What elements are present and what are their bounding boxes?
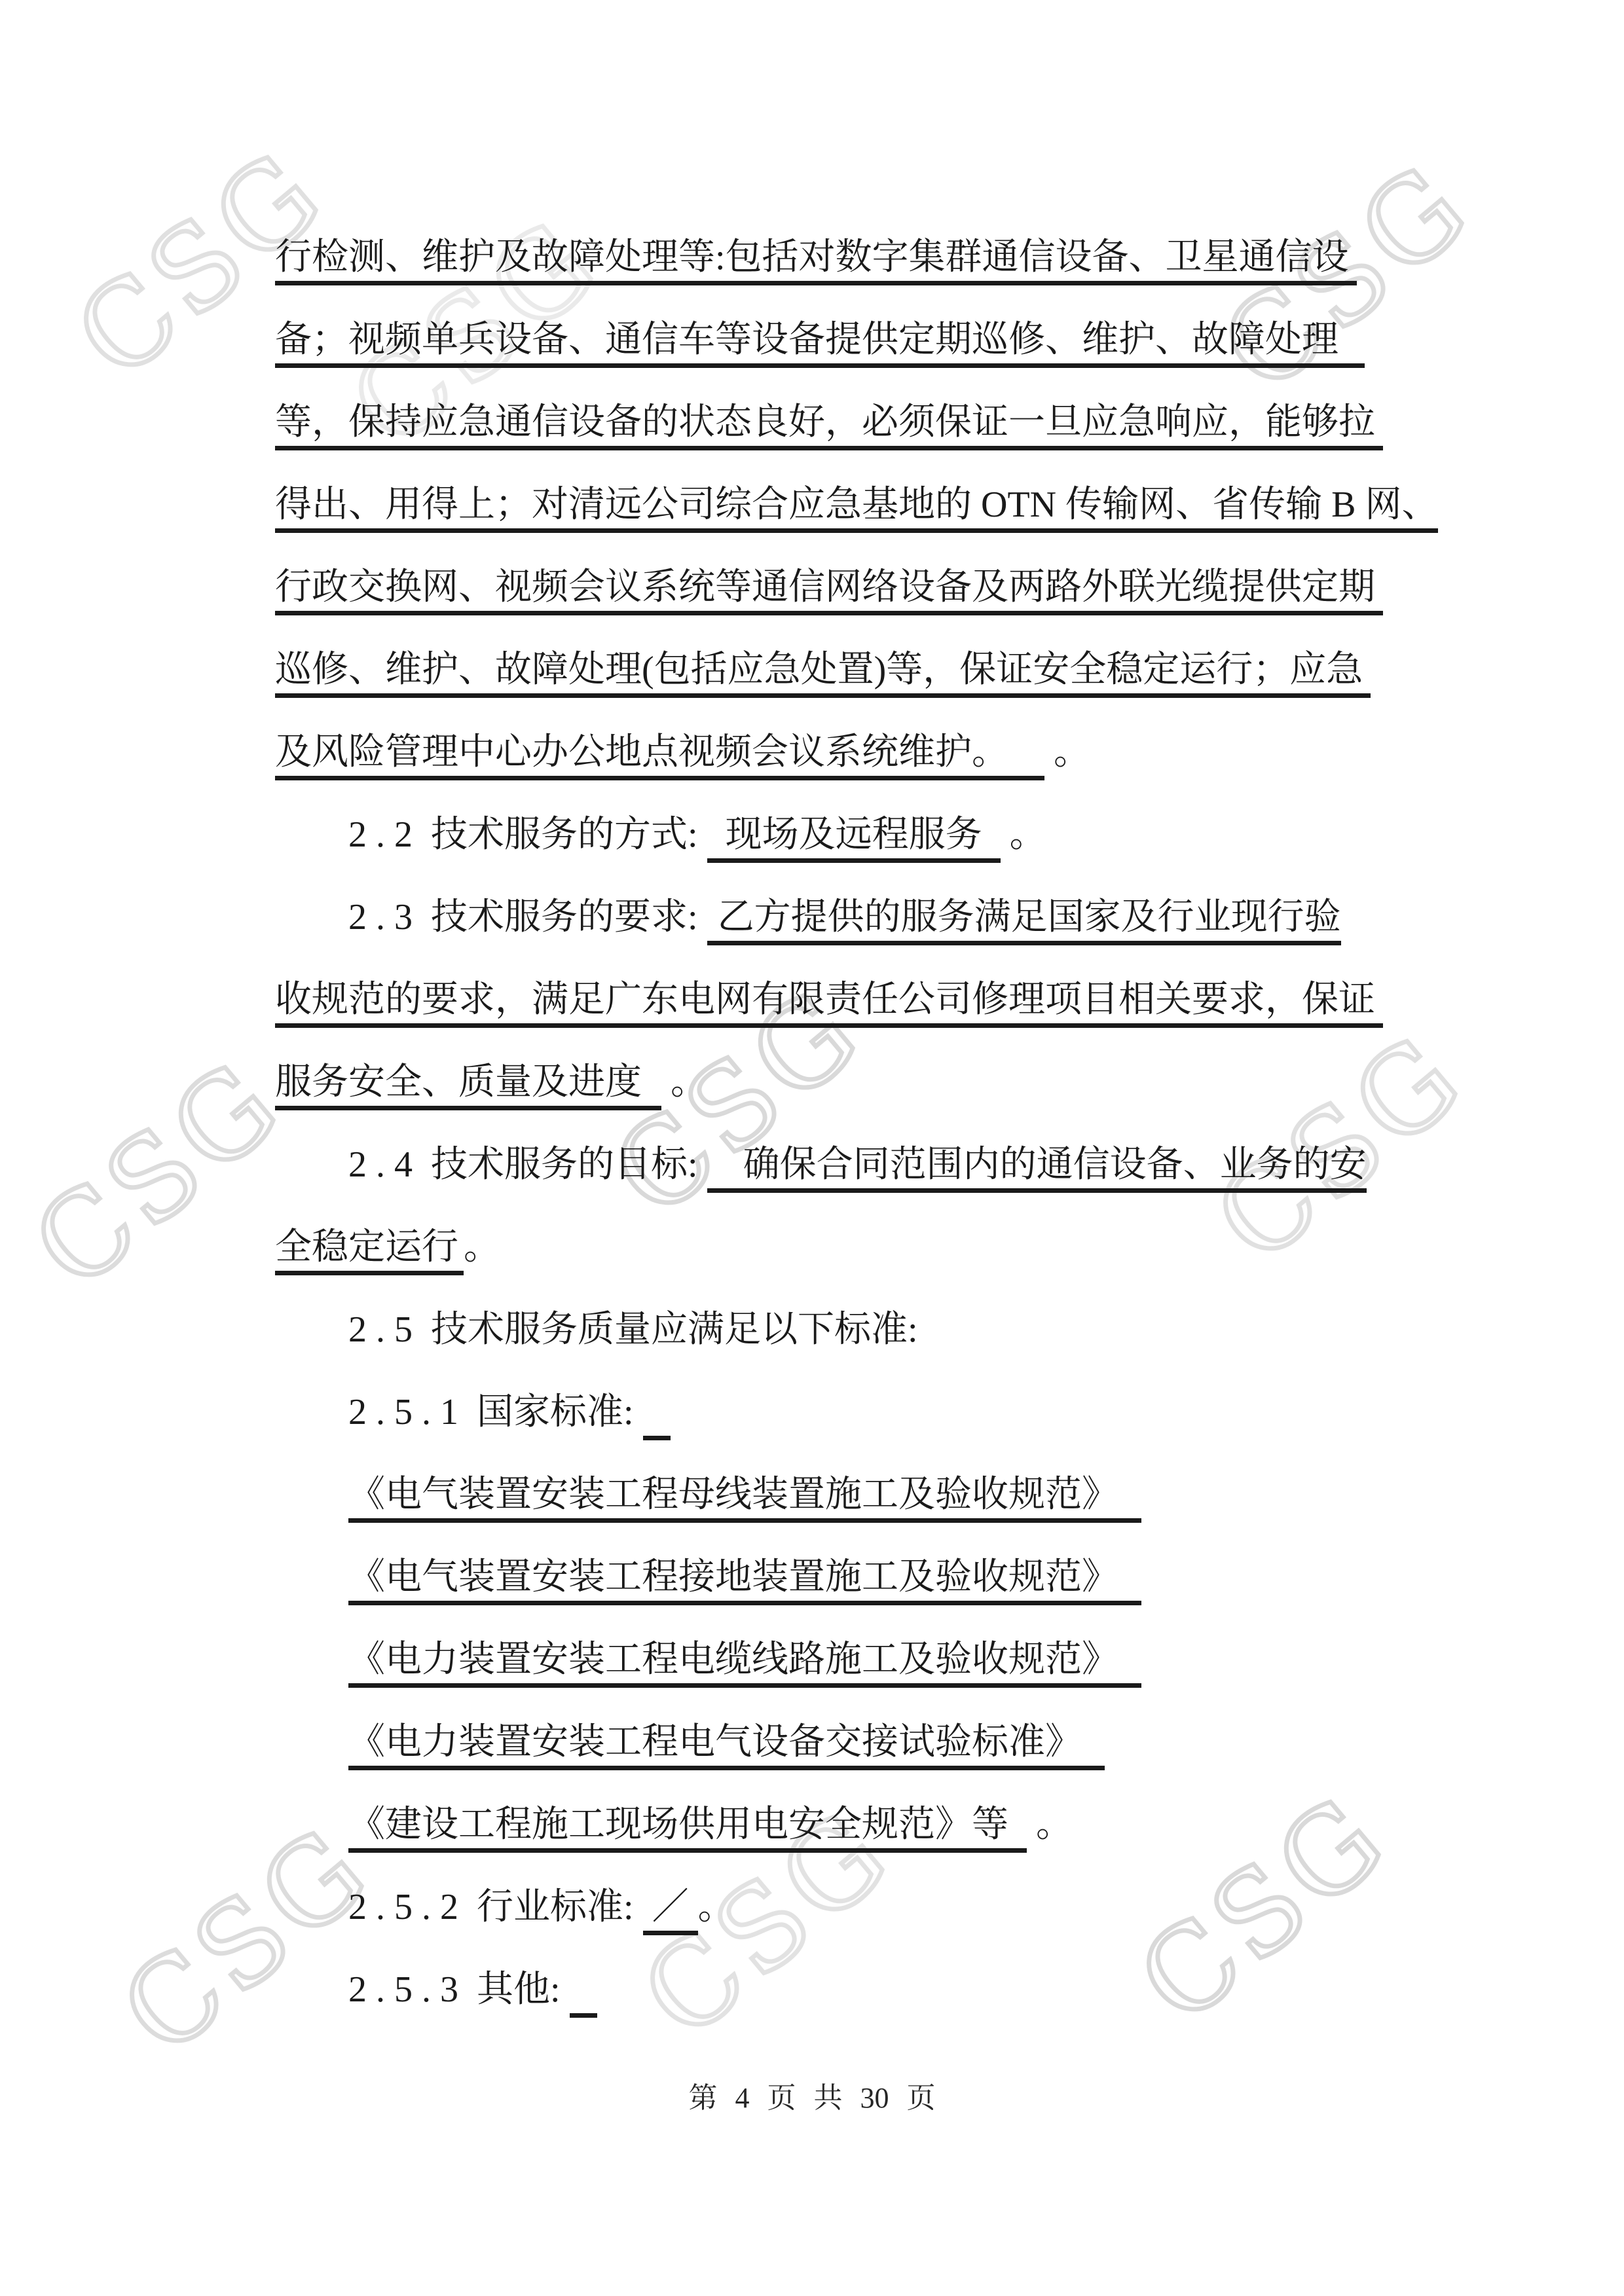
underlined-text-segment: 《电力装置安装工程电气设备交接试验标准》 — [348, 1722, 1105, 1770]
underlined-text-segment: 服务安全、质量及进度 — [275, 1062, 661, 1110]
text-line-7: 及风险管理中心办公地点视频会议系统维护。 。 — [275, 711, 1383, 793]
text-line-12: 2.4 技术服务的目标: 确保合同范围内的通信设备、业务的安 — [275, 1123, 1383, 1206]
text-segment: 2.5.2 行业标准: — [348, 1887, 643, 1927]
text-line-4: 得出、用得上；对清远公司综合应急基地的 OTN 传输网、省传输 B 网、 — [275, 464, 1383, 546]
clause-number: 2.3 — [348, 897, 422, 938]
text-line-11: 服务安全、质量及进度 。 — [275, 1041, 1383, 1123]
text-line-18: 《电力装置安装工程电缆线路施工及验收规范》 — [275, 1618, 1383, 1701]
blank-underline — [643, 1392, 671, 1440]
underlined-text-segment: 收规范的要求，满足广东电网有限责任公司修理项目相关要求，保证 — [275, 979, 1383, 1028]
underlined-text-segment: 《电气装置安装工程接地装置施工及验收规范》 — [348, 1557, 1141, 1605]
text-line-8: 2.2 技术服务的方式: 现场及远程服务 。 — [275, 793, 1383, 876]
text-line-9: 2.3 技术服务的要求: 乙方提供的服务满足国家及行业现行验 — [275, 876, 1383, 958]
underlined-text-segment: 巡修、维护、故障处理(包括应急处置)等，保证安全稳定运行；应急 — [275, 649, 1371, 698]
clause-number: 2.5.2 — [348, 1887, 468, 1927]
text-segment: 。 — [698, 1887, 735, 1927]
text-line-5: 行政交换网、视频会议系统等通信网络设备及两路外联光缆提供定期 — [275, 546, 1383, 629]
text-line-13: 全稳定运行。 — [275, 1206, 1383, 1288]
text-line-16: 《电气装置安装工程母线装置施工及验收规范》 — [275, 1453, 1383, 1536]
page-number-text: 第 4 页 共 30 页 — [689, 2082, 936, 2114]
text-line-17: 《电气装置安装工程接地装置施工及验收规范》 — [275, 1536, 1383, 1618]
clause-number: 2.5.1 — [348, 1392, 468, 1432]
text-segment: 2.5.1 国家标准: — [348, 1392, 643, 1432]
underlined-text-segment: 全稳定运行 — [275, 1227, 464, 1275]
text-line-19: 《电力装置安装工程电气设备交接试验标准》 — [275, 1701, 1383, 1783]
text-segment: 。 — [661, 1062, 707, 1102]
clause-number: 2.5.3 — [348, 1969, 468, 2010]
underlined-text-segment: 及风险管理中心办公地点视频会议系统维护。 — [275, 732, 1044, 780]
underlined-text-segment: 确保合同范围内的通信设备、业务的安 — [707, 1144, 1367, 1193]
text-line-2: 备；视频单兵设备、通信车等设备提供定期巡修、维护、故障处理 — [275, 299, 1383, 381]
text-segment: 2.5 技术服务质量应满足以下标准: — [348, 1309, 918, 1350]
text-segment: 2.3 技术服务的要求: — [348, 897, 707, 938]
text-line-6: 巡修、维护、故障处理(包括应急处置)等，保证安全稳定运行；应急 — [275, 629, 1383, 711]
underlined-text-segment: 等，保持应急通信设备的状态良好，必须保证一旦应急响应，能够拉 — [275, 402, 1383, 450]
text-segment: 2.5.3 其他: — [348, 1969, 570, 2010]
clause-number: 2.2 — [348, 814, 422, 855]
underlined-text-segment: 现场及远程服务 — [707, 814, 1001, 863]
clause-number: 2.5 — [348, 1309, 422, 1350]
underlined-text-segment: 《电力装置安装工程电缆线路施工及验收规范》 — [348, 1639, 1141, 1688]
text-segment: 。 — [1044, 732, 1090, 773]
underlined-text-segment: 《电气装置安装工程母线装置施工及验收规范》 — [348, 1474, 1141, 1523]
text-segment: 。 — [464, 1227, 500, 1267]
document-body: 行检测、维护及故障处理等:包括对数字集群通信设备、卫星通信设备；视频单兵设备、通… — [275, 216, 1383, 2031]
underlined-text-segment: 行政交换网、视频会议系统等通信网络设备及两路外联光缆提供定期 — [275, 567, 1383, 615]
page-footer: 第 4 页 共 30 页 — [0, 2079, 1624, 2118]
text-line-1: 行检测、维护及故障处理等:包括对数字集群通信设备、卫星通信设 — [275, 216, 1383, 299]
underlined-text-segment: 乙方提供的服务满足国家及行业现行验 — [707, 897, 1341, 945]
text-segment: 。 — [1027, 1804, 1073, 1845]
underlined-text-segment: ／ — [643, 1887, 698, 1935]
text-line-3: 等，保持应急通信设备的状态良好，必须保证一旦应急响应，能够拉 — [275, 381, 1383, 464]
document-page: CSGCSGCSGCSGCSGCSGCSGCSGCSG 行检测、维护及故障处理等… — [0, 0, 1624, 2296]
text-line-10: 收规范的要求，满足广东电网有限责任公司修理项目相关要求，保证 — [275, 958, 1383, 1041]
text-line-15: 2.5.1 国家标准: — [275, 1371, 1383, 1453]
csg-watermark: CSG — [9, 1035, 307, 1315]
blank-underline — [570, 1969, 597, 2018]
underlined-text-segment: 得出、用得上；对清远公司综合应急基地的 OTN 传输网、省传输 B 网、 — [275, 484, 1438, 533]
underlined-text-segment: 行检测、维护及故障处理等:包括对数字集群通信设备、卫星通信设 — [275, 237, 1357, 285]
text-segment: 。 — [1001, 814, 1046, 855]
text-line-20: 《建设工程施工现场供用电安全规范》等 。 — [275, 1783, 1383, 1866]
text-line-14: 2.5 技术服务质量应满足以下标准: — [275, 1288, 1383, 1371]
underlined-text-segment: 《建设工程施工现场供用电安全规范》等 — [348, 1804, 1027, 1853]
underlined-text-segment: 备；视频单兵设备、通信车等设备提供定期巡修、维护、故障处理 — [275, 319, 1365, 368]
text-line-22: 2.5.3 其他: — [275, 1948, 1383, 2031]
text-segment: 2.4 技术服务的目标: — [348, 1144, 707, 1185]
text-line-21: 2.5.2 行业标准: ／。 — [275, 1866, 1383, 1948]
clause-number: 2.4 — [348, 1144, 422, 1185]
text-segment: 2.2 技术服务的方式: — [348, 814, 707, 855]
